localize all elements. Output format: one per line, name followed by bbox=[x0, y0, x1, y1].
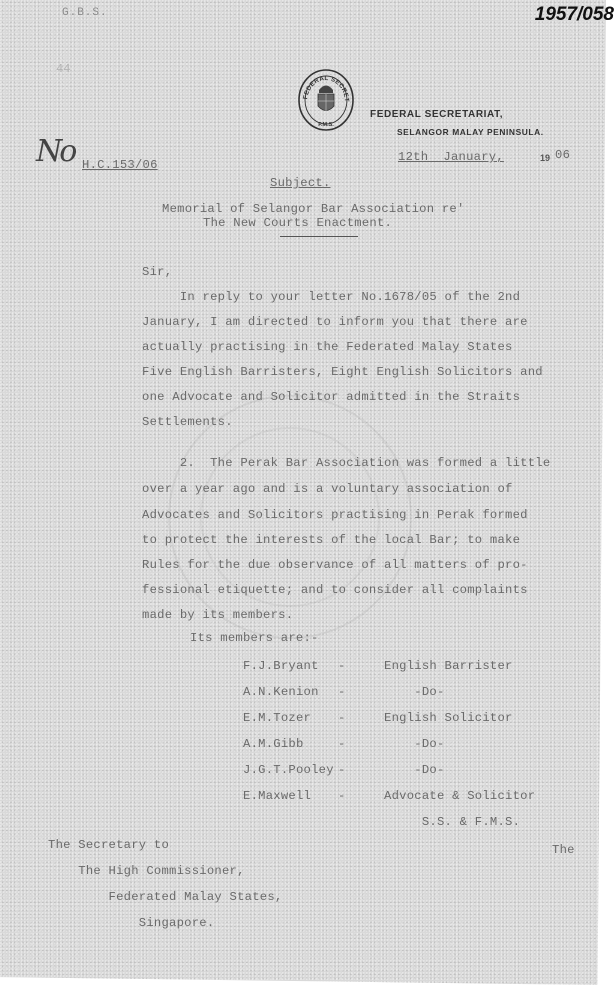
member-name: J.G.T.Pooley bbox=[243, 763, 334, 777]
faint-mark: 44 bbox=[56, 62, 70, 76]
corner-code: G.B.S. bbox=[62, 7, 108, 19]
member-dash: - bbox=[338, 789, 346, 803]
paragraph-1-line: January, I am directed to inform you tha… bbox=[142, 315, 528, 329]
member-name: A.N.Kenion bbox=[243, 685, 319, 699]
member-dash: - bbox=[338, 763, 346, 777]
member-role: -Do- bbox=[384, 763, 445, 777]
archive-reference: 1957/058 bbox=[535, 4, 614, 26]
letter-date-century: 19 bbox=[540, 153, 550, 163]
paragraph-2-line: over a year ago and is a voluntary assoc… bbox=[142, 482, 513, 496]
file-number: H.C.153/06 bbox=[82, 158, 158, 172]
salutation: Sir, bbox=[142, 265, 172, 279]
addressee-line: Federated Malay States, bbox=[48, 890, 282, 904]
paragraph-1-line: Five English Barristers, Eight English S… bbox=[142, 365, 543, 379]
addressee-line: The High Commissioner, bbox=[48, 864, 245, 878]
paragraph-2-line: Advocates and Solicitors practising in P… bbox=[142, 508, 528, 522]
letter-date-year: 06 bbox=[555, 148, 570, 162]
paragraph-1-line: one Advocate and Solicitor admitted in t… bbox=[142, 390, 520, 404]
letterhead-office: FEDERAL SECRETARIAT, bbox=[370, 109, 503, 120]
member-role-continuation: S.S. & F.M.S. bbox=[384, 815, 520, 829]
member-role: -Do- bbox=[384, 737, 445, 751]
paragraph-1-line: actually practising in the Federated Mal… bbox=[142, 340, 513, 354]
addressee-line: The Secretary to bbox=[48, 838, 169, 852]
addressee-line: Singapore. bbox=[48, 916, 214, 930]
letter-date: 12th January, bbox=[398, 150, 504, 164]
member-dash: - bbox=[338, 685, 346, 699]
paragraph-1-line: Settlements. bbox=[142, 415, 233, 429]
divider bbox=[280, 236, 358, 237]
paragraph-1-line: In reply to your letter No.1678/05 of th… bbox=[142, 290, 520, 304]
member-dash: - bbox=[338, 737, 346, 751]
paragraph-2-line: made by its members. bbox=[142, 608, 293, 622]
subject-heading: Subject. bbox=[270, 176, 331, 190]
catchword: The bbox=[552, 843, 575, 857]
member-name: F.J.Bryant bbox=[243, 659, 319, 673]
member-role: -Do- bbox=[384, 685, 445, 699]
paragraph-2-line: 2. The Perak Bar Association was formed … bbox=[142, 456, 550, 470]
member-name: E.Maxwell bbox=[243, 789, 311, 803]
member-name: A.M.Gibb bbox=[243, 737, 304, 751]
member-name: E.M.Tozer bbox=[243, 711, 311, 725]
member-dash: - bbox=[338, 659, 346, 673]
member-role: Advocate & Solicitor bbox=[384, 789, 535, 803]
members-intro: Its members are:- bbox=[190, 631, 319, 645]
letterhead-location: SELANGOR MALAY PENINSULA. bbox=[397, 127, 544, 137]
federal-secretariat-seal-icon: FEDERAL SECRETARIAT F.M.S. bbox=[278, 50, 336, 114]
member-role: English Solicitor bbox=[384, 711, 513, 725]
paragraph-2-line: fessional etiquette; and to consider all… bbox=[142, 583, 528, 597]
subject-line-1: Memorial of Selangor Bar Association re' bbox=[162, 202, 465, 216]
member-dash: - bbox=[338, 711, 346, 725]
paragraph-2-line: to protect the interests of the local Ba… bbox=[142, 533, 520, 547]
seal-text-bottom: F.M.S. bbox=[318, 122, 334, 128]
member-role: English Barrister bbox=[384, 659, 513, 673]
subject-line-2: The New Courts Enactment. bbox=[203, 216, 392, 230]
paragraph-2-line: Rules for the due observance of all matt… bbox=[142, 558, 528, 572]
number-prefix: No bbox=[36, 134, 74, 169]
